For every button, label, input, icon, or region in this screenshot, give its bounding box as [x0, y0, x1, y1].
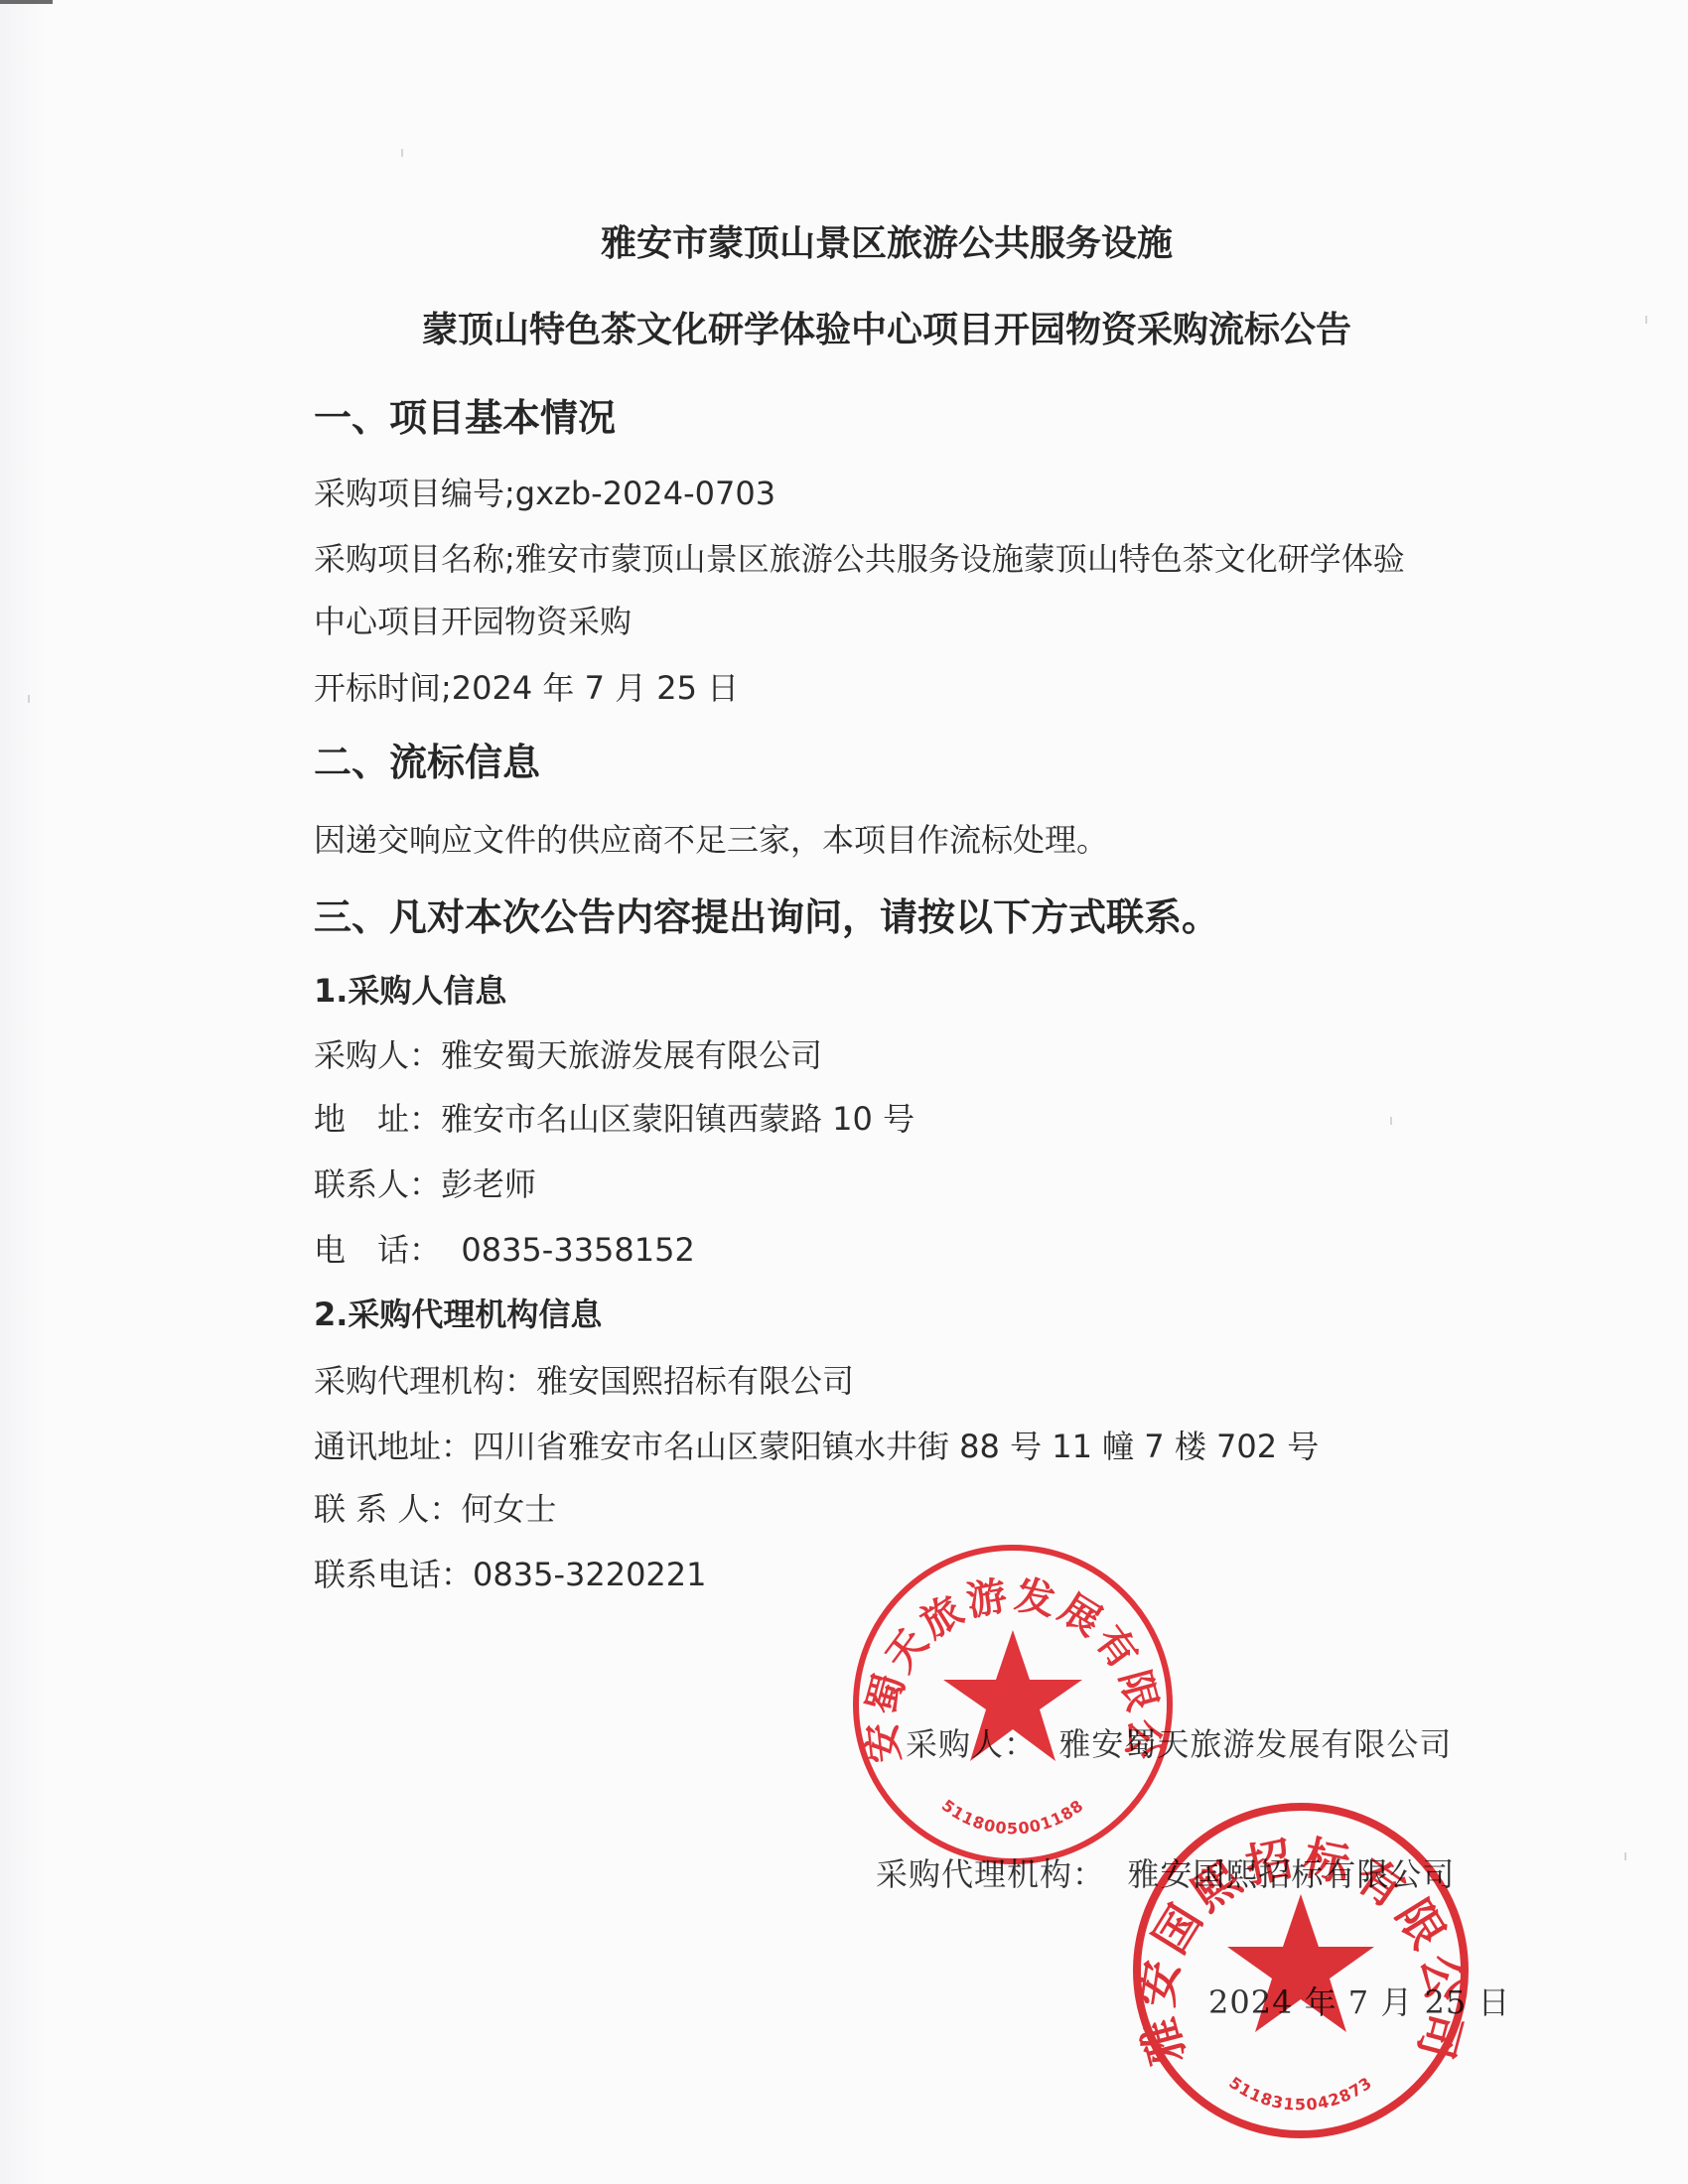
- purchaser-contact: 联系人：彭老师: [314, 1162, 536, 1206]
- star-icon: [943, 1630, 1082, 1761]
- purchaser-info-subheading: 1.采购人信息: [314, 969, 506, 1013]
- agency-contact: 联 系 人：何女士: [314, 1487, 556, 1531]
- agency-seal-code: 5118315042873: [1225, 2073, 1375, 2115]
- svg-text:5118315042873: 5118315042873: [1225, 2073, 1375, 2115]
- star-icon: [1227, 1894, 1374, 2032]
- agency-phone: 联系电话：0835-3220221: [314, 1553, 707, 1596]
- scan-speck: [1390, 1117, 1392, 1125]
- section-heading-contact: 三、凡对本次公告内容提出询问，请按以下方式联系。: [314, 895, 1219, 939]
- section-heading-basic-info: 一、项目基本情况: [314, 396, 616, 440]
- agency-info-subheading: 2.采购代理机构信息: [314, 1293, 602, 1336]
- purchaser-address: 地 址：雅安市名山区蒙阳镇西蒙路 10 号: [314, 1097, 914, 1141]
- project-number: 采购项目编号;gxzb-2024-0703: [314, 472, 775, 515]
- scan-speck: [1624, 1852, 1626, 1860]
- bid-opening-time: 开标时间;2024 年 7 月 25 日: [314, 666, 739, 710]
- agency-name: 采购代理机构：雅安国熙招标有限公司: [314, 1359, 854, 1403]
- agency-address: 通讯地址：四川省雅安市名山区蒙阳镇水井街 88 号 11 幢 7 楼 702 号: [314, 1425, 1319, 1468]
- agency-seal-stamp: 雅安国熙招标有限公司 5118315042873: [1130, 1800, 1472, 2141]
- scan-speck: [401, 149, 403, 157]
- project-name-line2: 中心项目开园物资采购: [314, 600, 632, 643]
- document-title-line2: 蒙顶山特色茶文化研学体验中心项目开园物资采购流标公告: [0, 309, 1688, 352]
- section-heading-failed-bid: 二、流标信息: [314, 741, 540, 784]
- purchaser-name: 采购人：雅安蜀天旅游发展有限公司: [314, 1033, 822, 1077]
- project-name-line1: 采购项目名称;雅安市蒙顶山景区旅游公共服务设施蒙顶山特色茶文化研学体验: [314, 537, 1405, 581]
- purchaser-seal-stamp: 雅安蜀天旅游发展有限公司 5118005001188: [849, 1541, 1177, 1868]
- purchaser-phone: 电 话： 0835-3358152: [314, 1228, 695, 1272]
- svg-text:5118005001188: 5118005001188: [938, 1796, 1087, 1839]
- document-title-line1: 雅安市蒙顶山景区旅游公共服务设施: [0, 222, 1688, 266]
- failed-bid-reason: 因递交响应文件的供应商不足三家，本项目作流标处理。: [314, 818, 1108, 862]
- purchaser-seal-code: 5118005001188: [938, 1796, 1087, 1839]
- scan-corner-mark: [0, 0, 53, 4]
- scan-speck: [28, 695, 30, 703]
